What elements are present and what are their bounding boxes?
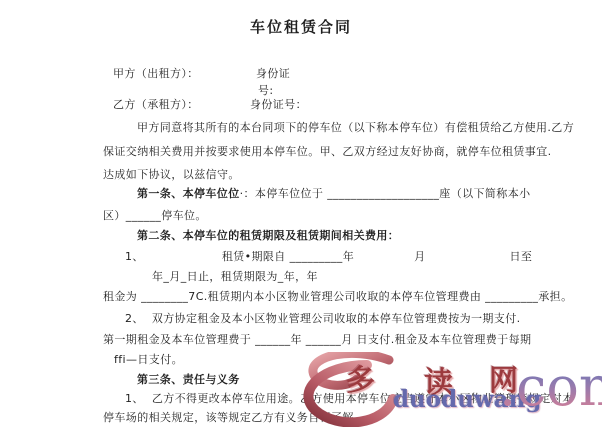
article2-heading: 第二条、本停车位的租赁期限及租赁期间相关费用：	[137, 227, 399, 243]
article2-item1-line2: 年_月_日止，租赁期限为_年，年	[152, 268, 318, 284]
article2-item2-line3: ffi—日支付。	[114, 351, 183, 367]
article3-item1-line2: 停车场的相关规定，该等规定乙方有义务自行了解。	[103, 409, 365, 425]
article2-item2-line2: 第一期租金及本车位管理费于 ______年 ______月 日支付.租金及本车位…	[103, 331, 531, 347]
document-title: 车位租赁合同	[0, 16, 602, 37]
party-a-id-label-line1: 身份证	[256, 65, 290, 81]
party-b-label: 乙方（承租方）：	[113, 96, 199, 112]
item1-segment-month: 月	[414, 250, 425, 263]
item2-text: 双方协定租金及本小区物业管理公司收取的本停车位管理费按为一期支付.	[152, 312, 521, 325]
party-b-id-label: 身份证号：	[250, 96, 307, 112]
intro-line-3: 达成如下协议，以兹信守。	[103, 166, 240, 182]
article2-item2-line1: 2、双方协定租金及本小区物业管理公司收取的本停车位管理费按为一期支付.	[125, 310, 521, 326]
contract-document-page: 车位租赁合同 甲方（出租方）： 身份证 号: 乙方（承租方）： 身份证号： 甲方…	[0, 0, 602, 427]
article1-heading: 第一条、本停车位位	[137, 187, 240, 200]
item1-number: 1、	[125, 250, 144, 263]
item1-segment-term: 租赁•期限自 _________年	[222, 250, 354, 263]
article3-item1-line1: 1、乙方不得更改本停车位用途。乙方使用本停车位应当遵守本小区物业管理等规定对本	[125, 390, 574, 406]
article3-heading: 第三条、责任与义务	[137, 371, 240, 387]
item1-segment-day: 日至	[510, 250, 533, 263]
article2-item1-line1: 1、租赁•期限自 _________年月日至	[125, 248, 532, 264]
intro-line-1: 甲方同意将其所有的本台同项下的停车位（以下称本停车位）有偿租赁给乙方使用.乙方	[137, 119, 574, 135]
article1-body: ·：本停车位位于 ___________________座（以下简称本小	[240, 187, 531, 200]
item2-number: 2、	[125, 312, 144, 325]
article1-line-1: 第一条、本停车位位·：本停车位位于 ___________________座（以…	[137, 185, 531, 201]
party-a-label: 甲方（出租方）：	[113, 65, 199, 81]
article2-item1-line3: 租金为 ________7C.租赁期内本小区物业管理公司收取的本停车位管理费由 …	[103, 288, 572, 304]
article1-line-2: 区）______停车位。	[103, 207, 207, 223]
item3-number: 1、	[125, 392, 144, 405]
item3-text: 乙方不得更改本停车位用途。乙方使用本停车位应当遵守本小区物业管理等规定对本	[152, 392, 574, 405]
intro-line-2: 保证交纳相关费用并按要求使用本停车位。甲、乙双方经过友好协商，就停车位租赁事宜.	[103, 143, 552, 159]
